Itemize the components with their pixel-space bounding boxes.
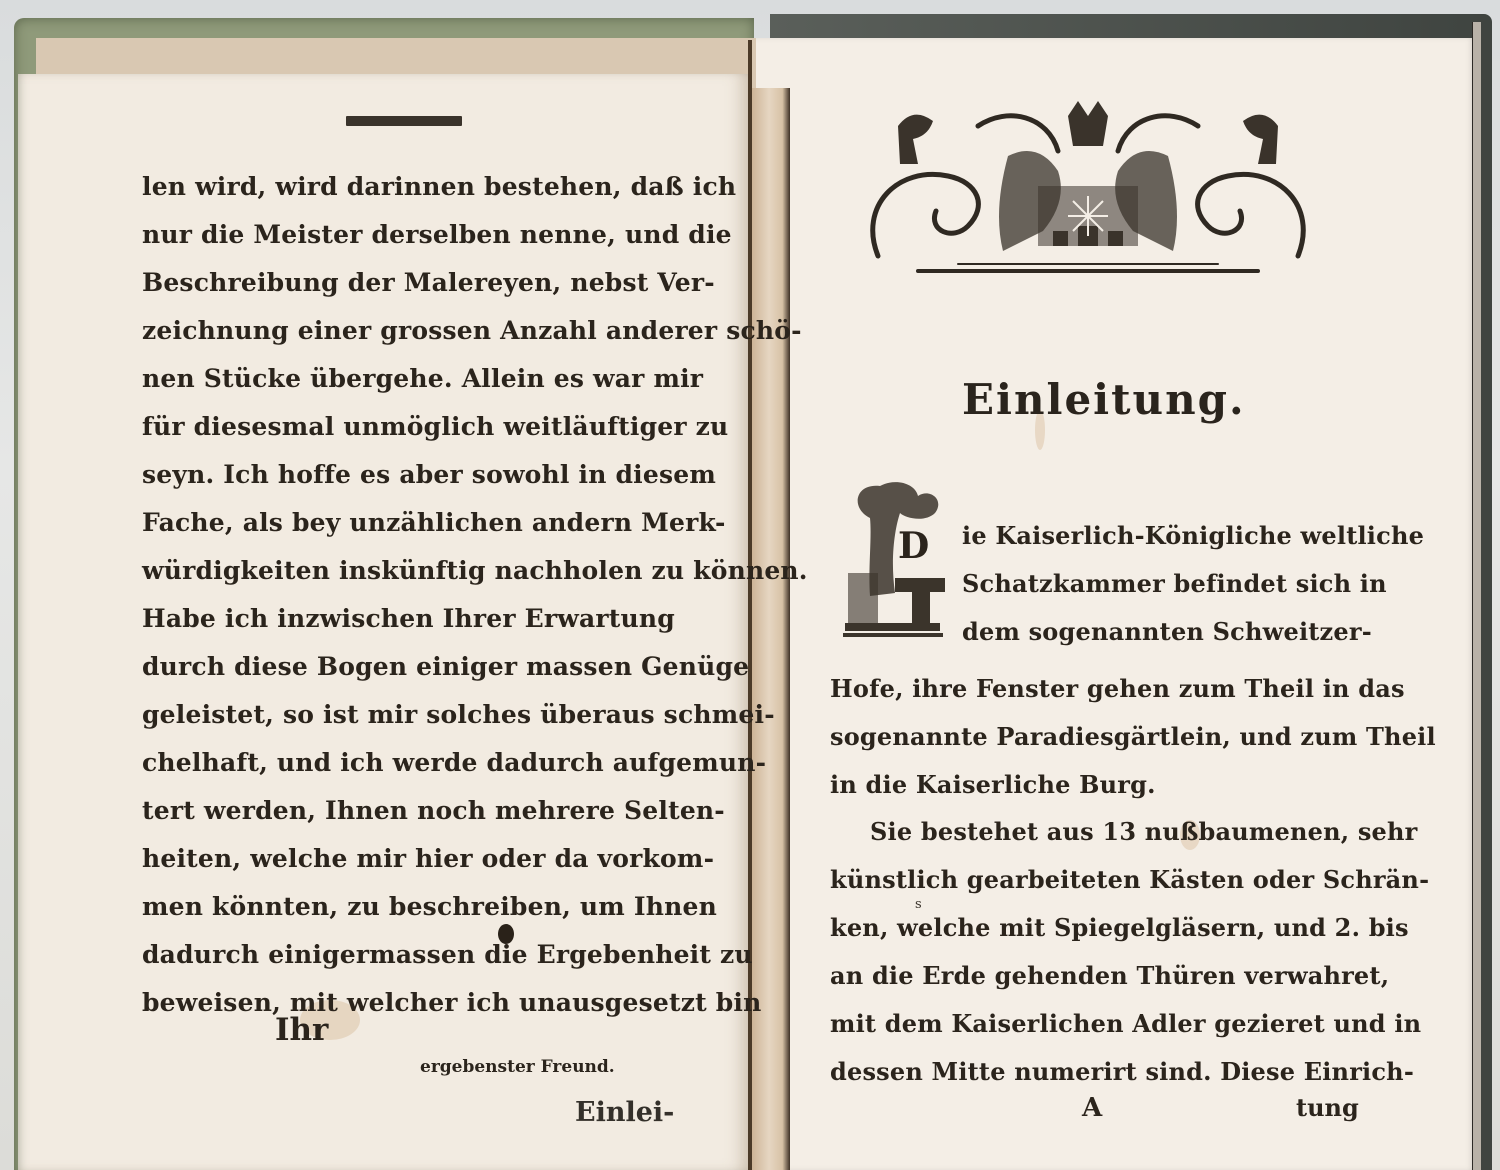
text-line: ken, welche mit Spiegelgläsern, und 2. b…: [830, 904, 1352, 952]
text-line: würdigkeiten inskünftig nachholen zu kön…: [142, 547, 668, 595]
text-line: nur die Meister derselben nenne, und die: [142, 211, 668, 259]
chapter-heading: Einleitung.: [962, 375, 1246, 424]
text-line: an die Erde gehenden Thüren verwahret,: [830, 952, 1352, 1000]
text-line: sogenannte Paradiesgärtlein, und zum The…: [830, 713, 1352, 761]
text-line: Habe ich inzwischen Ihrer Erwartung: [142, 595, 668, 643]
text-line: seyn. Ich hoffe es aber sowohl in diesem: [142, 451, 668, 499]
handwritten-insert-mark: s: [915, 897, 922, 912]
closing-signature: ergebenster Freund.: [420, 1057, 615, 1077]
text-line: für diesesmal unmöglich weitläuftiger zu: [142, 403, 668, 451]
text-line: chelhaft, und ich werde dadurch aufgemun…: [142, 739, 668, 787]
first-paragraph-indented: ie Kaiserlich-Königliche weltliche Schat…: [962, 512, 1352, 656]
text-line: men könnten, zu beschreiben, um Ihnen: [142, 883, 668, 931]
text-line: heiten, welche mir hier oder da vorkom-: [142, 835, 668, 883]
text-line: dem sogenannten Schweitzer-: [962, 608, 1352, 656]
catchword-left: Einlei-: [575, 1097, 674, 1128]
second-paragraph: Sie bestehet aus 13 nußbaumenen, sehr kü…: [830, 808, 1352, 1096]
horizontal-rule-ornament: [346, 116, 462, 126]
text-line: in die Kaiserliche Burg.: [830, 761, 1352, 809]
text-line: len wird, wird darinnen bestehen, daß ic…: [142, 163, 668, 211]
text-line: beweisen, mit welcher ich unausgesetzt b…: [142, 979, 668, 1027]
text-line: mit dem Kaiserlichen Adler gezieret und …: [830, 1000, 1352, 1048]
text-line: Beschreibung der Malereyen, nebst Ver-: [142, 259, 668, 307]
ink-blot: [498, 924, 514, 944]
decorative-drop-cap-icon: D: [840, 478, 950, 640]
text-line: ie Kaiserlich-Königliche weltliche: [962, 512, 1352, 560]
closing-salutation: Ihr: [275, 1012, 328, 1048]
text-line: Hofe, ihre Fenster gehen zum Theil in da…: [830, 665, 1352, 713]
left-page-body-text: len wird, wird darinnen bestehen, daß ic…: [142, 163, 668, 1027]
text-line: Sie bestehet aus 13 nußbaumenen, sehr: [830, 808, 1352, 856]
baroque-headpiece-icon: [858, 96, 1318, 282]
text-line: Schatzkammer befindet sich in: [962, 560, 1352, 608]
signature-mark: A: [1082, 1093, 1102, 1123]
text-line: künstlich gearbeiteten Kästen oder Schrä…: [830, 856, 1352, 904]
text-line: durch diese Bogen einiger massen Genüge: [142, 643, 668, 691]
text-line: Fache, als bey unzählichen andern Merk-: [142, 499, 668, 547]
text-line: dessen Mitte numerirt sind. Diese Einric…: [830, 1048, 1352, 1096]
first-paragraph-continued: Hofe, ihre Fenster gehen zum Theil in da…: [830, 665, 1352, 809]
text-line: nen Stücke übergehe. Allein es war mir: [142, 355, 668, 403]
right-page-edge: [1472, 22, 1481, 1170]
text-line: zeichnung einer grossen Anzahl anderer s…: [142, 307, 668, 355]
catchword-right: tung: [1296, 1093, 1359, 1122]
text-line: tert werden, Ihnen noch mehrere Selten-: [142, 787, 668, 835]
drop-cap-letter: D: [898, 525, 929, 567]
text-line: geleistet, so ist mir solches überaus sc…: [142, 691, 668, 739]
text-line: dadurch einigermassen die Ergebenheit zu: [142, 931, 668, 979]
